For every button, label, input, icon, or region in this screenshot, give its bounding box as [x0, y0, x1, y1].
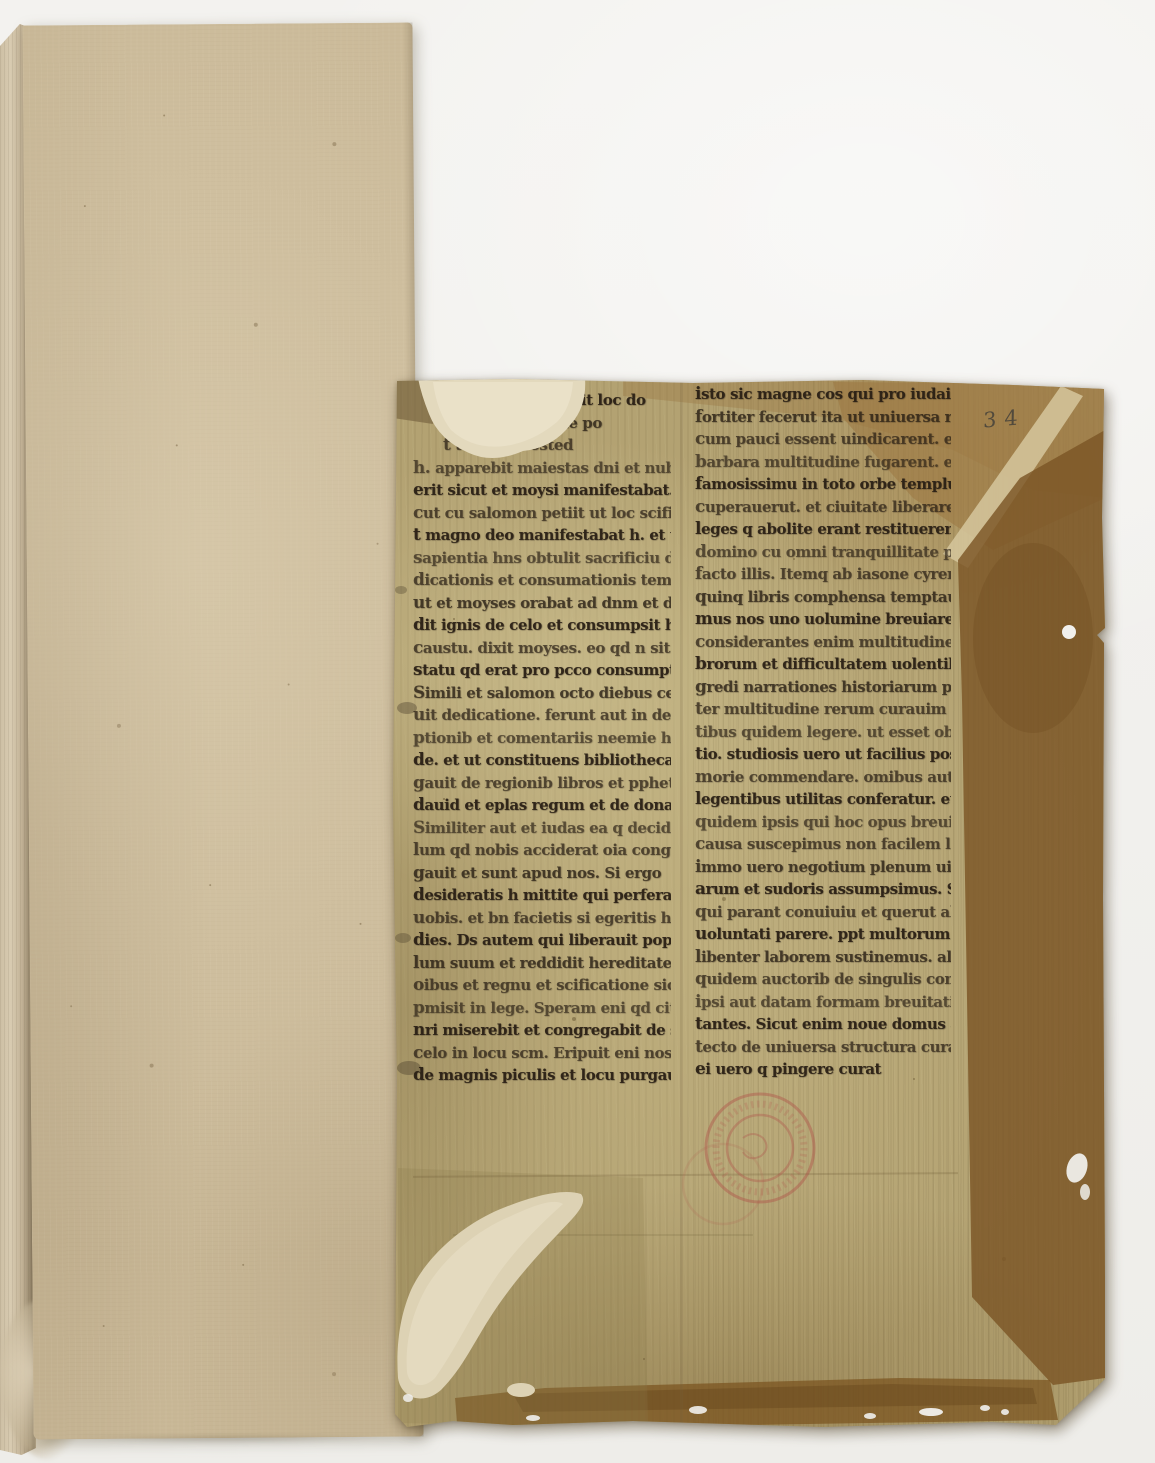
edge-chip — [526, 1415, 540, 1421]
edge-chip — [689, 1406, 707, 1414]
parchment-leaf: erit loc dogregatione pot tunc dns osted… — [393, 378, 1105, 1430]
edge-chip — [919, 1408, 943, 1416]
edge-chip — [1001, 1409, 1009, 1415]
edge-chip — [403, 1394, 413, 1402]
edge-chip — [980, 1405, 990, 1411]
edge-loss — [1063, 1151, 1091, 1186]
hole — [1062, 625, 1076, 639]
album-paper-page — [22, 22, 423, 1439]
patch-overlay — [393, 378, 1105, 1430]
edge-loss — [1080, 1184, 1090, 1200]
edge-chip — [864, 1413, 876, 1419]
paper-specks — [22, 26, 24, 28]
manuscript-photo: erit loc dogregatione pot tunc dns osted… — [0, 0, 1155, 1463]
patch-fragment — [507, 1383, 535, 1397]
library-stamp — [683, 1094, 814, 1224]
page-bottom-shadow — [34, 1436, 420, 1452]
